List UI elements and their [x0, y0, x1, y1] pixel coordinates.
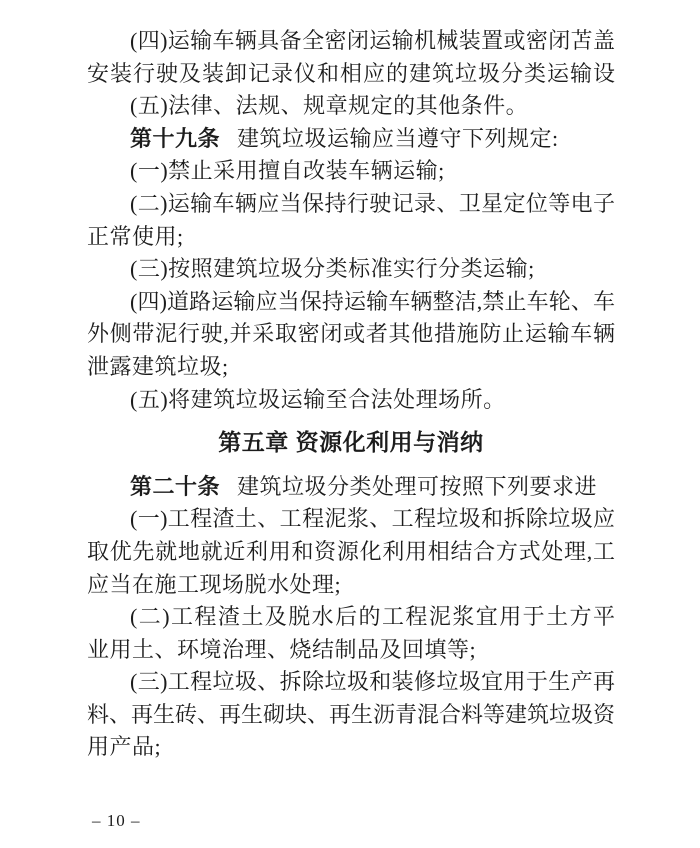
text-line: 料、再生砖、再生砌块、再生沥青混合料等建筑垃圾资源化利: [87, 699, 615, 732]
article-line: 第二十条建筑垃圾分类处理可按照下列要求进行:: [87, 471, 615, 504]
text-line: (二)工程渣土及脱水后的工程泥浆宜用于土方平衡、林: [87, 601, 615, 634]
article-number: 第十九条: [130, 126, 220, 151]
text-line: (二)运输车辆应当保持行驶记录、卫星定位等电子装置: [87, 188, 615, 221]
text-line: 外侧带泥行驶,并采取密闭或者其他措施防止运输车辆撒漏、: [87, 318, 615, 351]
text-line: (一)工程渣土、工程泥浆、工程垃圾和拆除垃圾应当采: [87, 503, 615, 536]
article-line: 第十九条建筑垃圾运输应当遵守下列规定:: [87, 123, 615, 156]
text-line: 正常使用;: [87, 221, 615, 254]
article-text: 建筑垃圾运输应当遵守下列规定:: [237, 126, 559, 151]
text-line: 安装行驶及装卸记录仪和相应的建筑垃圾分类运输设备;: [87, 58, 615, 91]
text-line: (五)法律、法规、规章规定的其他条件。: [87, 90, 615, 123]
text-line: 用产品;: [87, 731, 615, 764]
text-line: 取优先就地就近利用和资源化利用相结合方式处理,工程泥浆: [87, 536, 615, 569]
page-number: – 10 –: [92, 811, 141, 831]
text-line: (四)道路运输应当保持运输车辆整洁,禁止车轮、车厢: [87, 286, 615, 319]
chapter-heading: 第五章 资源化利用与消纳: [87, 426, 615, 459]
text-line: 业用土、环境治理、烧结制品及回填等;: [87, 634, 615, 667]
text-line: (三)按照建筑垃圾分类标准实行分类运输;: [87, 253, 615, 286]
text-line: (四)运输车辆具备全密闭运输机械装置或密闭苫盖装置、: [87, 25, 615, 58]
text-line: (一)禁止采用擅自改装车辆运输;: [87, 155, 615, 188]
article-number: 第二十条: [130, 474, 220, 499]
text-line: (三)工程垃圾、拆除垃圾和装修垃圾宜用于生产再生骨: [87, 666, 615, 699]
document-body: (四)运输车辆具备全密闭运输机械装置或密闭苫盖装置、 安装行驶及装卸记录仪和相应…: [87, 25, 615, 764]
text-line: (五)将建筑垃圾运输至合法处理场所。: [87, 384, 615, 417]
document-page: (四)运输车辆具备全密闭运输机械装置或密闭苫盖装置、 安装行驶及装卸记录仪和相应…: [0, 0, 700, 848]
text-line: 泄露建筑垃圾;: [87, 351, 615, 384]
text-line: 应当在施工现场脱水处理;: [87, 569, 615, 602]
